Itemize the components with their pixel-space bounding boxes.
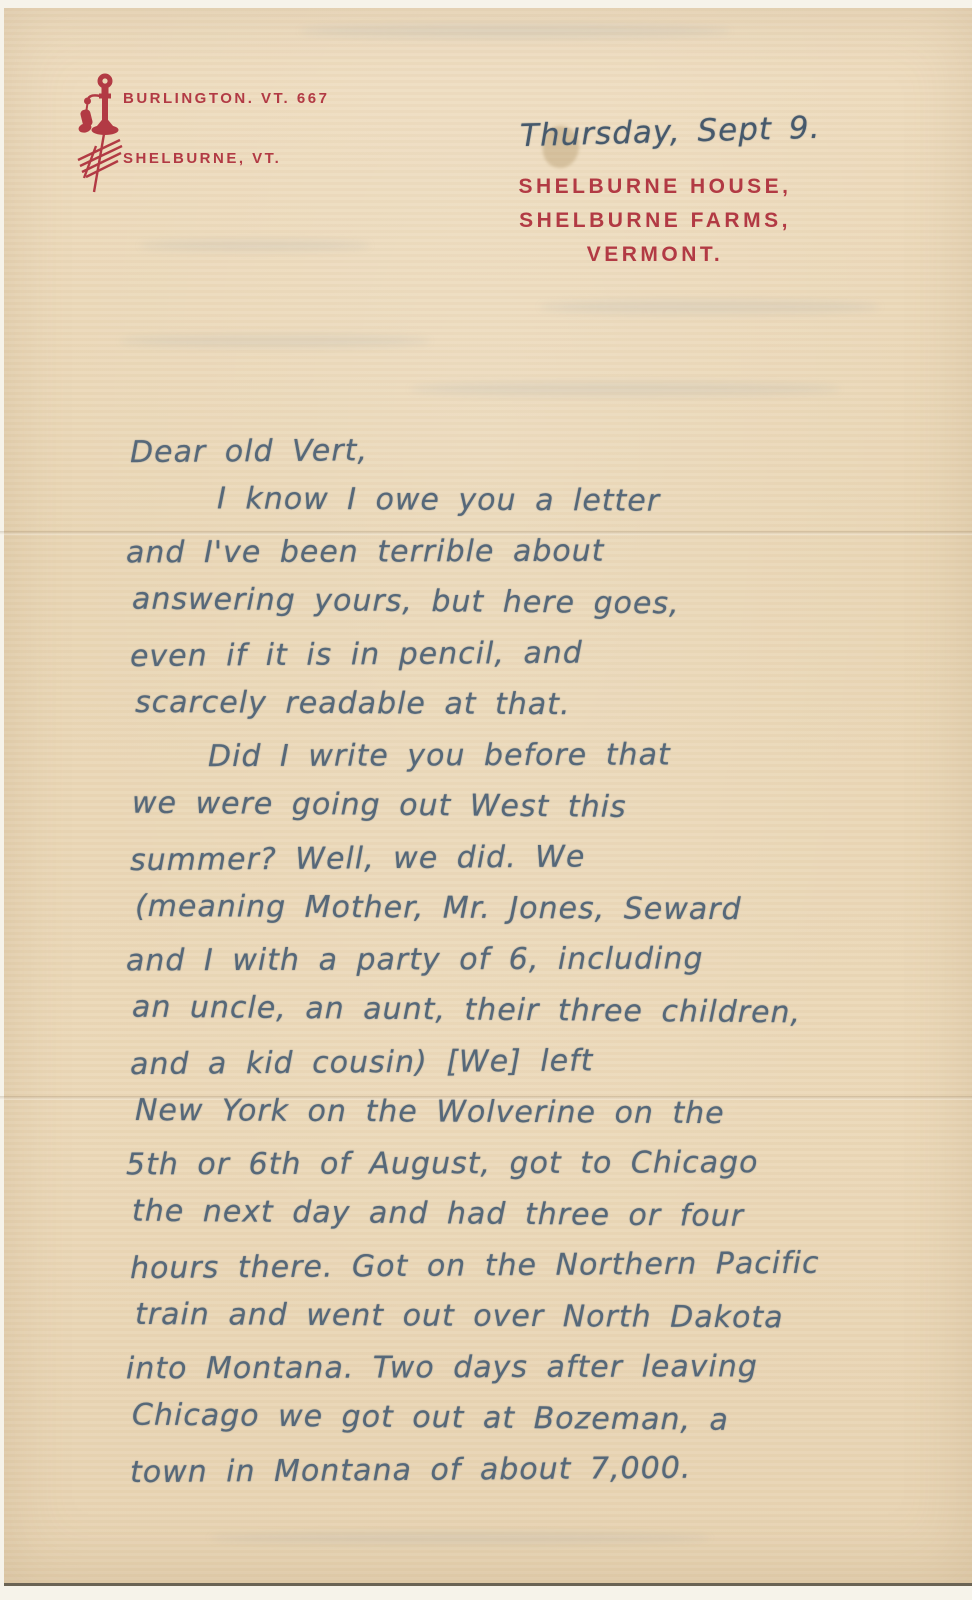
handwritten-line: into Montana. Two days after leaving [96, 1341, 946, 1395]
telegraph-pole-icon [74, 132, 124, 199]
telegraph-town-label: SHELBURNE, VT. [123, 150, 281, 167]
handwritten-line: scarcely readable at that. [105, 677, 955, 732]
handwritten-line: the next day and had three or four [102, 1185, 952, 1243]
address-line-farms: SHELBURNE FARMS, [430, 204, 880, 238]
handwritten-line: I know I owe you a letter [105, 473, 955, 528]
handwritten-line: an uncle, an aunt, their three children, [102, 981, 952, 1039]
handwritten-line: Did I write you before that [96, 729, 946, 783]
scanned-letter-page: BURLINGTON. VT. 667 SHELBURNE, VT. SHELB… [0, 0, 972, 1600]
handwritten-line: Chicago we got out at Bozeman, a [102, 1389, 952, 1447]
handwritten-line: (meaning Mother, Mr. Jones, Seward [105, 881, 955, 936]
handwritten-line: answering yours, but here goes, [102, 573, 952, 631]
letter-body: Dear old Vert,I know I owe you a lettera… [100, 424, 950, 1495]
handwritten-line: 5th or 6th of August, got to Chicago [96, 1137, 946, 1191]
handwritten-line: and a kid cousin) [We] left [100, 1033, 950, 1091]
address-line-state: VERMONT. [430, 238, 880, 272]
handwritten-line: and I with a party of 6, including [96, 933, 946, 987]
handwritten-line: and I've been terrible about [96, 525, 946, 579]
phone-number-label: BURLINGTON. VT. 667 [123, 90, 329, 107]
handwritten-line: train and went out over North Dakota [105, 1289, 955, 1344]
letterhead-address: SHELBURNE HOUSE, SHELBURNE FARMS, VERMON… [430, 170, 880, 272]
handwritten-line: Dear old Vert, [100, 421, 950, 479]
handwritten-line: hours there. Got on the Northern Pacific [100, 1237, 950, 1295]
handwritten-line: New York on the Wolverine on the [105, 1085, 955, 1140]
address-line-house: SHELBURNE HOUSE, [430, 170, 880, 204]
handwritten-line: town in Montana of about 7,000. [100, 1441, 950, 1499]
handwritten-line: summer? Well, we did. We [100, 829, 950, 887]
handwritten-line: even if it is in pencil, and [100, 625, 950, 683]
handwritten-line: we were going out West this [102, 777, 952, 835]
